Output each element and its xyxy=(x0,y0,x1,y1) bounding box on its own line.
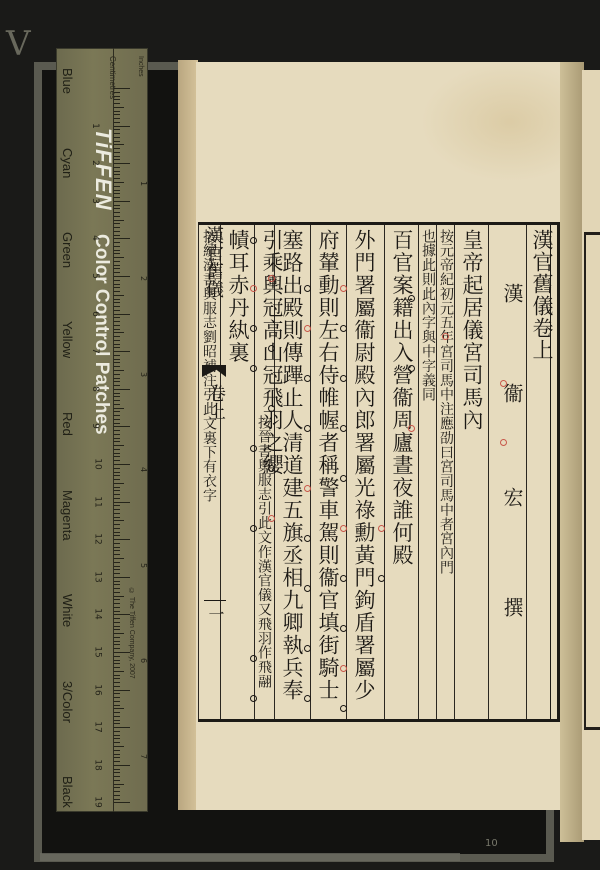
main-text: 幘耳赤丹紈裏 xyxy=(227,229,248,364)
ruler-tick xyxy=(114,227,120,228)
main-text: 外門署屬衞尉殿內郎署屬光祿勳黃門鉤盾署屬少 xyxy=(353,229,374,702)
ruler-tick xyxy=(114,550,120,551)
cm-tick-label: 8 xyxy=(90,386,100,392)
ruler-tick xyxy=(114,235,120,236)
main-text: 府輦動則左右侍帷幄者稱警車駕則衞官填街騎士 xyxy=(317,229,338,702)
punctuation-mark-icon xyxy=(340,575,347,582)
punctuation-mark-icon xyxy=(304,535,311,542)
ruler-tick xyxy=(114,129,120,130)
ruler-tick xyxy=(114,148,120,149)
cm-tick-label: 12 xyxy=(93,533,103,544)
ruler-tick xyxy=(114,381,120,382)
punctuation-mark-icon xyxy=(304,325,311,332)
page-stain xyxy=(420,62,570,182)
inch-tick-label: 6 xyxy=(139,658,148,663)
ruler-tick xyxy=(114,408,124,409)
author-glyph: 宏 xyxy=(498,487,527,507)
main-text: 百官案籍出入營衞周廬晝夜誰何殿 xyxy=(391,229,412,567)
author-glyph: 撰 xyxy=(498,597,527,617)
punctuation-mark-icon xyxy=(340,475,347,482)
text-frame: 漢官舊儀卷上漢衞宏撰皇帝起居儀宮司馬內按元帝紀初元五年宮司馬中注應劭曰宮司馬中者… xyxy=(198,222,560,722)
title-text: 漢官舊儀卷上 xyxy=(531,229,552,361)
ruler-tick xyxy=(114,731,120,732)
inch-tick-label: 5 xyxy=(139,562,148,567)
ruler-tick xyxy=(114,705,120,706)
punctuation-mark-icon xyxy=(268,275,275,282)
ruler-tick xyxy=(114,193,120,194)
ruler-tick xyxy=(114,152,120,153)
text-column: 外門署屬衞尉殿內郎署屬光祿勳黃門鉤盾署屬少 xyxy=(346,225,384,719)
ruler-tick xyxy=(114,528,120,529)
text-column: 也據此則此內字與中字義同 xyxy=(418,225,436,719)
patch-label: White xyxy=(60,594,75,627)
punctuation-mark-icon xyxy=(250,365,257,372)
ruler-tick xyxy=(114,186,120,187)
punctuation-mark-icon xyxy=(340,375,347,382)
ruler-tick xyxy=(114,190,120,191)
patch-label: Red xyxy=(60,412,75,436)
punctuation-mark-icon xyxy=(408,425,415,432)
ruler-tick xyxy=(114,114,120,115)
ruler-tick xyxy=(114,438,120,439)
punctuation-mark-icon xyxy=(442,333,449,340)
ruler-tick xyxy=(114,299,120,300)
patch-label: 3/Color xyxy=(60,681,75,723)
ruler-tick xyxy=(114,750,120,751)
punctuation-mark-icon xyxy=(340,285,347,292)
main-text: 塞路出殿則傳蹕止人清道建五旗丞相九卿執兵奉 xyxy=(281,229,302,702)
ruler-tick xyxy=(114,261,120,262)
ruler-tick xyxy=(114,641,120,642)
ruler-tick xyxy=(114,419,120,420)
ruler-tick xyxy=(114,644,120,645)
book-gutter xyxy=(560,62,584,842)
ruler-tick xyxy=(114,487,120,488)
ruler-tick xyxy=(114,411,120,412)
ruler-tick xyxy=(114,317,120,318)
ruler-tick xyxy=(114,182,124,183)
ruler-tick xyxy=(114,588,120,589)
ruler-tick xyxy=(114,697,120,698)
ruler-tick xyxy=(114,220,124,221)
cm-tick-label: 14 xyxy=(93,609,103,620)
ruler-tick xyxy=(114,159,120,160)
cm-tick-label: 6 xyxy=(90,311,100,317)
ruler-tick xyxy=(114,784,124,785)
inch-tick-label: 7 xyxy=(139,753,148,758)
ruler-tick xyxy=(114,693,120,694)
title-column: 漢官舊儀卷上 xyxy=(526,225,556,719)
ruler-tick xyxy=(114,197,120,198)
ruler-tick xyxy=(114,280,120,281)
ruler-tick xyxy=(114,611,120,612)
punctuation-mark-icon xyxy=(378,575,385,582)
cm-tick-label: 15 xyxy=(93,646,103,657)
punctuation-mark-icon xyxy=(250,237,257,244)
inch-tick-label: 3 xyxy=(139,371,148,376)
ruler-tick xyxy=(114,558,124,559)
ruler-tick xyxy=(114,754,120,755)
ruler-tick xyxy=(114,246,120,247)
punctuation-mark-icon xyxy=(268,515,275,522)
ruler-tick xyxy=(114,667,120,668)
inch-tick-label: 4 xyxy=(139,467,148,472)
ruler-tick xyxy=(114,156,120,157)
ruler-tick xyxy=(114,479,120,480)
punctuation-mark-icon xyxy=(408,295,415,302)
ruler-tick xyxy=(114,306,120,307)
page-edge xyxy=(178,60,198,810)
punctuation-mark-icon xyxy=(500,380,507,387)
ruler-tick xyxy=(114,494,120,495)
ruler-tick xyxy=(114,599,120,600)
ruler-tick xyxy=(114,772,120,773)
ruler-tick xyxy=(114,103,120,104)
patch-labels: Blue Cyan Green Yellow Red Magenta White… xyxy=(60,68,75,808)
patch-label: Green xyxy=(60,232,75,268)
ruler-tick xyxy=(114,761,120,762)
ruler-tick xyxy=(114,253,120,254)
ruler-tick xyxy=(114,268,120,269)
punctuation-mark-icon xyxy=(340,425,347,432)
ruler-tick xyxy=(114,505,120,506)
ruler-tick xyxy=(114,490,120,491)
ruler-tick xyxy=(114,535,120,536)
ruler-tick xyxy=(114,250,120,251)
ruler-tick xyxy=(114,88,130,89)
ruler-tick xyxy=(114,205,120,206)
punctuation-mark-icon xyxy=(340,625,347,632)
cm-tick-label: 9 xyxy=(90,424,100,430)
bottom-strip xyxy=(40,853,460,861)
inch-tick-label: 1 xyxy=(139,180,148,185)
ruler-tick xyxy=(114,569,120,570)
ruler-tick xyxy=(114,671,124,672)
cm-tick-label: 18 xyxy=(93,759,103,770)
ruler-tick xyxy=(114,171,120,172)
ruler-tick xyxy=(114,472,120,473)
ruler-tick xyxy=(114,92,120,93)
ruler-tick xyxy=(114,509,120,510)
punctuation-mark-icon xyxy=(304,695,311,702)
patch-label: Cyan xyxy=(60,148,75,178)
ruler-tick xyxy=(114,404,120,405)
cm-tick-label: 5 xyxy=(90,273,100,279)
punctuation-mark-icon xyxy=(250,445,257,452)
ruler-tick xyxy=(114,99,120,100)
ruler-tick xyxy=(114,287,120,288)
ruler-tick xyxy=(114,325,120,326)
cm-tick-label: 13 xyxy=(93,571,103,582)
ruler-tick xyxy=(114,460,120,461)
ruler-tick xyxy=(114,520,124,521)
ruler-tick xyxy=(114,626,120,627)
punctuation-mark-icon xyxy=(250,695,257,702)
ruler-tick xyxy=(114,302,120,303)
cm-tick-label: 11 xyxy=(93,496,103,507)
punctuation-mark-icon xyxy=(340,325,347,332)
annotation-text: 也據此則此內字與中字義同 xyxy=(421,229,435,402)
ruler-tick xyxy=(114,660,120,661)
punctuation-mark-icon xyxy=(268,465,275,472)
ruler-tick xyxy=(114,614,130,615)
ruler-tick xyxy=(114,524,120,525)
ruler-tick xyxy=(114,596,124,597)
banxin-page-number: 一 xyxy=(204,606,227,622)
punctuation-mark-icon xyxy=(304,425,311,432)
cm-tick-label: 4 xyxy=(90,236,100,242)
ruler-tick xyxy=(114,223,120,224)
punctuation-mark-icon xyxy=(408,365,415,372)
ruler-tick xyxy=(114,257,124,258)
ruler-tick xyxy=(114,423,120,424)
cm-tick-label: 1 xyxy=(90,123,100,129)
ruler-tick xyxy=(114,332,124,333)
punctuation-mark-icon xyxy=(250,285,257,292)
banxin-margin: 漢官舊儀 卷上 一 xyxy=(200,222,230,722)
ruler-tick xyxy=(114,603,120,604)
ruler-tick xyxy=(114,727,130,728)
product-name: Color Control Patches xyxy=(90,234,112,435)
ruler-tick xyxy=(114,201,130,202)
ruler-tick xyxy=(114,787,120,788)
inch-tick-label: 2 xyxy=(139,276,148,281)
ruler-tick xyxy=(114,581,120,582)
text-column: 府輦動則左右侍帷幄者稱警車駕則衞官填街騎士 xyxy=(310,225,346,719)
ruler-tick xyxy=(114,359,120,360)
cm-tick-label: 2 xyxy=(90,160,100,166)
banxin-title: 漢官舊儀 xyxy=(200,226,226,298)
author-glyph: 漢 xyxy=(498,283,527,303)
ruler-tick xyxy=(114,513,120,514)
ruler-tick xyxy=(114,592,120,593)
bottom-number: 10 xyxy=(485,838,498,849)
ruler-tick xyxy=(114,426,130,427)
punctuation-mark-icon xyxy=(340,525,347,532)
ruler-tick xyxy=(114,723,120,724)
ruler-tick xyxy=(114,238,130,239)
ruler-tick xyxy=(114,362,120,363)
ruler-tick xyxy=(114,355,120,356)
punctuation-mark-icon xyxy=(304,485,311,492)
ruler-tick xyxy=(114,174,120,175)
facing-page-frame xyxy=(584,232,600,730)
patch-label: Black xyxy=(60,776,75,808)
ruler-tick xyxy=(114,675,120,676)
punctuation-mark-icon xyxy=(500,439,507,446)
ruler-tick xyxy=(114,415,120,416)
ruler-tick xyxy=(114,441,120,442)
ruler-tick xyxy=(114,430,120,431)
punctuation-mark-icon xyxy=(250,325,257,332)
ruler-tick xyxy=(114,389,130,390)
ruler-tick xyxy=(114,663,120,664)
punctuation-mark-icon xyxy=(250,525,257,532)
ruler-tick xyxy=(114,321,120,322)
ruler-tick xyxy=(114,648,120,649)
ruler-tick xyxy=(114,686,120,687)
ruler-tick xyxy=(114,265,120,266)
ruler-tick xyxy=(114,366,120,367)
ruler-tick xyxy=(114,543,120,544)
ruler-tick xyxy=(114,769,120,770)
ruler-tick xyxy=(114,502,130,503)
ruler-tick xyxy=(114,517,120,518)
ruler-tick xyxy=(114,690,130,691)
ruler-tick xyxy=(114,178,120,179)
ruler-tick xyxy=(114,370,124,371)
ruler-tick xyxy=(114,231,120,232)
ruler-tick xyxy=(114,765,130,766)
ruler-tick xyxy=(114,776,120,777)
text-column: 按元帝紀初元五年宮司馬中注應劭曰宮司馬中者宮內門 xyxy=(436,225,454,719)
ruler-tick xyxy=(114,96,120,97)
ruler-tick xyxy=(114,547,120,548)
ruler-tick xyxy=(114,118,120,119)
ruler-tick xyxy=(114,295,124,296)
ruler-tick xyxy=(114,141,120,142)
corner-letter: V xyxy=(6,24,31,64)
ruler-tick xyxy=(114,735,120,736)
ruler-tick xyxy=(114,475,120,476)
ruler-tick xyxy=(114,347,120,348)
ruler-tick xyxy=(114,584,120,585)
ruler-tick xyxy=(114,291,120,292)
ruler-tick xyxy=(114,336,120,337)
punctuation-mark-icon xyxy=(268,345,275,352)
ruler-tick xyxy=(114,464,130,465)
cm-tick-label: 16 xyxy=(93,684,103,695)
ruler-tick xyxy=(114,314,130,315)
ruler-tick xyxy=(114,163,130,164)
ruler-tick xyxy=(114,656,120,657)
ruler-tick xyxy=(114,799,120,800)
ruler-tick xyxy=(114,708,124,709)
ruler-tick xyxy=(114,344,120,345)
ruler-tick xyxy=(114,652,130,653)
ruler-tick xyxy=(114,566,120,567)
ruler-tick xyxy=(114,483,124,484)
ruler-tick xyxy=(114,284,120,285)
punctuation-mark-icon xyxy=(304,585,311,592)
banxin-volume: 卷上 xyxy=(202,384,228,420)
ruler-tick xyxy=(114,393,120,394)
ruler-tick xyxy=(114,137,120,138)
ruler-tick xyxy=(114,701,120,702)
ruler-tick xyxy=(114,746,124,747)
ruler-tick xyxy=(114,374,120,375)
ruler-tick xyxy=(114,242,120,243)
banxin-rule xyxy=(204,600,226,601)
ruler-tick xyxy=(114,573,120,574)
ruler-tick xyxy=(114,445,124,446)
ruler-tick xyxy=(114,107,124,108)
punctuation-mark-icon xyxy=(304,285,311,292)
ruler-tick xyxy=(114,532,120,533)
punctuation-mark-icon xyxy=(378,525,385,532)
ruler-tick xyxy=(114,276,130,277)
ruler-tick xyxy=(114,351,130,352)
ruler-tick xyxy=(114,682,120,683)
cm-tick-label: 10 xyxy=(93,458,103,469)
ruler-tick xyxy=(114,456,120,457)
ruler-tick xyxy=(114,678,120,679)
ruler-tick xyxy=(114,720,120,721)
ruler-tick xyxy=(114,216,120,217)
ruler-tick xyxy=(114,126,130,127)
ruler-tick xyxy=(114,133,120,134)
cm-tick-label: 3 xyxy=(90,198,100,204)
ruler-tick xyxy=(114,310,120,311)
ruler-tick xyxy=(114,742,120,743)
ruler-tick xyxy=(114,396,120,397)
patch-label: Magenta xyxy=(60,490,75,541)
ruler-tick xyxy=(114,577,130,578)
punctuation-mark-icon xyxy=(340,705,347,712)
ruler-tick xyxy=(114,434,120,435)
ruler-tick xyxy=(114,607,120,608)
color-control-ruler: Centimetres Inches Blue Cyan Green Yello… xyxy=(56,48,148,812)
ruler-tick xyxy=(114,633,124,634)
fishtail-mark xyxy=(202,365,226,377)
cm-tick-label: 17 xyxy=(93,721,103,732)
ruler-tick xyxy=(114,637,120,638)
ruler-tick xyxy=(114,208,120,209)
ruler-tick xyxy=(114,449,120,450)
ruler-tick xyxy=(114,539,130,540)
ruler-tick xyxy=(114,111,120,112)
ruler-tick xyxy=(114,144,124,145)
text-column: 按晉書輿服志引此文作漢官儀又飛羽作飛翮 xyxy=(254,225,274,719)
annotation-text: 按晉書輿服志引此文作漢官儀又飛羽作飛翮 xyxy=(257,415,271,689)
ruler-scale: 123456789101112131415161718191234567 xyxy=(113,48,148,812)
ruler-tick xyxy=(114,498,120,499)
ruler-tick xyxy=(114,329,120,330)
punctuation-mark-icon xyxy=(304,375,311,382)
ruler-tick xyxy=(114,554,120,555)
ruler-tick xyxy=(114,622,120,623)
ruler-tick xyxy=(114,791,120,792)
punctuation-mark-icon xyxy=(340,665,347,672)
main-text: 皇帝起居儀宮司馬內 xyxy=(461,229,482,432)
ruler-tick xyxy=(114,272,120,273)
punctuation-mark-icon xyxy=(304,645,311,652)
ruler-tick xyxy=(114,122,120,123)
annotation-text: 按元帝紀初元五年宮司馬中注應劭曰宮司馬中者宮內門 xyxy=(439,229,453,575)
ruler-tick xyxy=(114,757,120,758)
ruler-tick xyxy=(114,712,120,713)
ruler-tick xyxy=(114,400,120,401)
ruler-tick xyxy=(114,468,120,469)
cm-tick-label: 7 xyxy=(90,348,100,354)
ruler-tick xyxy=(114,618,120,619)
ruler-tick xyxy=(114,340,120,341)
cm-tick-label: 19 xyxy=(93,797,103,808)
ruler-tick xyxy=(114,716,120,717)
punctuation-mark-icon xyxy=(250,655,257,662)
patch-label: Blue xyxy=(60,68,75,94)
ruler-tick xyxy=(114,453,120,454)
punctuation-mark-icon xyxy=(268,405,275,412)
ruler-tick xyxy=(114,385,120,386)
ruler-tick xyxy=(114,562,120,563)
ruler-tick xyxy=(114,212,120,213)
author-column: 漢衞宏撰 xyxy=(488,225,526,719)
ruler-tick xyxy=(114,802,130,803)
ruler-tick xyxy=(114,167,120,168)
patch-label: Yellow xyxy=(60,321,75,358)
ruler-tick xyxy=(114,378,120,379)
